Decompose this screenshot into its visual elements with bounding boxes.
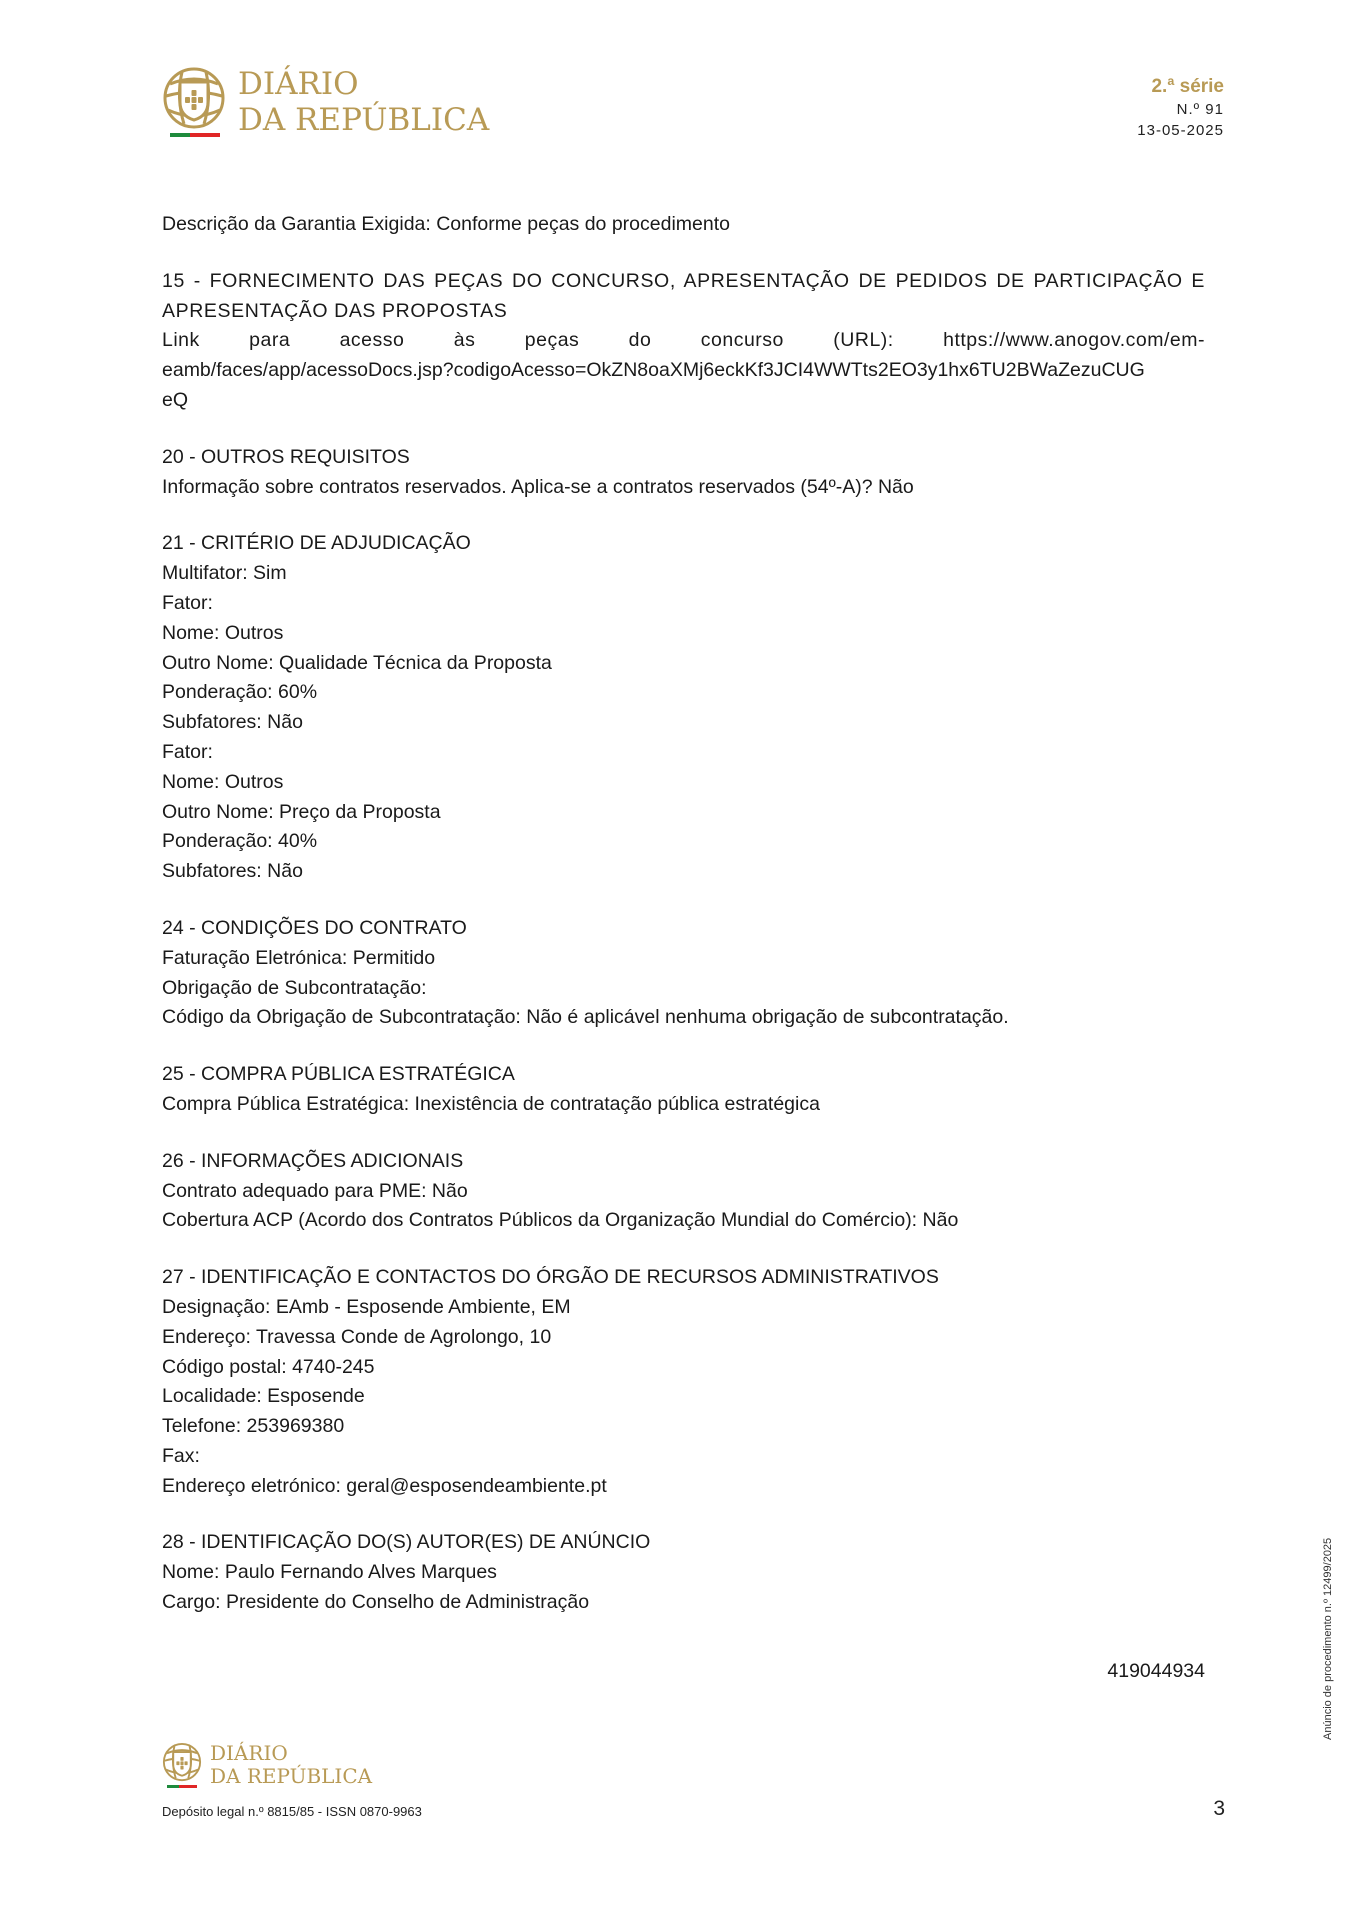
section-line: Cobertura ACP (Acordo dos Contratos Públ… <box>162 1206 1205 1236</box>
guarantee-description: Descrição da Garantia Exigida: Conforme … <box>162 210 1205 240</box>
serie-label: 2.ª série <box>1137 75 1224 99</box>
section-line: Obrigação de Subcontratação: <box>162 974 1205 1004</box>
section-line: Cargo: Presidente do Conselho de Adminis… <box>162 1588 1205 1618</box>
section-title: 26 - INFORMAÇÕES ADICIONAIS <box>162 1147 1205 1177</box>
section-line: Multifator: Sim <box>162 559 1205 589</box>
issue-number: N.º 91 <box>1137 99 1224 120</box>
section-line: Nome: Outros <box>162 619 1205 649</box>
procedure-notice-reference: Anúncio de procedimento n.º 12499/2025 <box>1322 1538 1334 1740</box>
logo-line2: DA REPÚBLICA <box>238 105 489 141</box>
section-title: 27 - IDENTIFICAÇÃO E CONTACTOS DO ÓRGÃO … <box>162 1263 1205 1293</box>
procurement-url-tail[interactable]: eQ <box>162 386 1205 416</box>
section-line: Fator: <box>162 589 1205 619</box>
portugal-flag-bar <box>167 1785 197 1788</box>
logo-wordmark: DIÁRIO DA REPÚBLICA <box>238 69 489 141</box>
diario-republica-logo: DIÁRIO DA REPÚBLICA <box>162 66 489 141</box>
section-26: 26 - INFORMAÇÕES ADICIONAIS Contrato ade… <box>162 1147 1205 1236</box>
armillary-sphere-shield-icon <box>162 1742 202 1782</box>
guarantee-text: Descrição da Garantia Exigida: Conforme … <box>162 210 1205 240</box>
issue-meta: 2.ª série N.º 91 13-05-2025 <box>1137 75 1224 141</box>
section-line: Contrato adequado para PME: Não <box>162 1177 1205 1207</box>
logo-line1: DIÁRIO <box>238 69 489 105</box>
section-line: Informação sobre contratos reservados. A… <box>162 473 1205 503</box>
document-body: Descrição da Garantia Exigida: Conforme … <box>162 210 1205 1645</box>
section-title: 20 - OUTROS REQUISITOS <box>162 443 1205 473</box>
section-line: Código postal: 4740-245 <box>162 1353 1205 1383</box>
section-line: Nome: Paulo Fernando Alves Marques <box>162 1558 1205 1588</box>
section-line: Nome: Outros <box>162 768 1205 798</box>
logo-line1: DIÁRIO <box>210 1743 372 1766</box>
section-27: 27 - IDENTIFICAÇÃO E CONTACTOS DO ÓRGÃO … <box>162 1263 1205 1501</box>
armillary-sphere-shield-icon <box>162 66 226 130</box>
link-label[interactable]: Link para acesso às peças do concurso (U… <box>162 326 1205 356</box>
email-line[interactable]: Endereço eletrónico: geral@esposendeambi… <box>162 1472 1205 1502</box>
document-number: 419044934 <box>1107 1658 1205 1684</box>
section-20: 20 - OUTROS REQUISITOS Informação sobre … <box>162 443 1205 503</box>
section-line: Código da Obrigação de Subcontratação: N… <box>162 1003 1205 1033</box>
section-21: 21 - CRITÉRIO DE ADJUDICAÇÃO Multifator:… <box>162 529 1205 887</box>
procurement-url[interactable]: eamb/faces/app/acessoDocs.jsp?codigoAces… <box>162 356 1205 386</box>
section-title: 21 - CRITÉRIO DE ADJUDICAÇÃO <box>162 529 1205 559</box>
diario-republica-footer-logo: DIÁRIO DA REPÚBLICA <box>162 1742 372 1789</box>
section-24: 24 - CONDIÇÕES DO CONTRATO Faturação Ele… <box>162 914 1205 1033</box>
legal-deposit: Depósito legal n.º 8815/85 - ISSN 0870-9… <box>162 1804 422 1819</box>
section-line: Fator: <box>162 738 1205 768</box>
section-line: Compra Pública Estratégica: Inexistência… <box>162 1090 1205 1120</box>
emblem <box>162 66 226 137</box>
section-line: Designação: EAmb - Esposende Ambiente, E… <box>162 1293 1205 1323</box>
section-line: Subfatores: Não <box>162 708 1205 738</box>
section-line: Ponderação: 60% <box>162 678 1205 708</box>
section-line: Subfatores: Não <box>162 857 1205 887</box>
section-line: Endereço: Travessa Conde de Agrolongo, 1… <box>162 1323 1205 1353</box>
section-28: 28 - IDENTIFICAÇÃO DO(S) AUTOR(ES) DE AN… <box>162 1528 1205 1617</box>
logo-line2: DA REPÚBLICA <box>210 1766 372 1789</box>
section-title: 24 - CONDIÇÕES DO CONTRATO <box>162 914 1205 944</box>
section-25: 25 - COMPRA PÚBLICA ESTRATÉGICA Compra P… <box>162 1060 1205 1120</box>
issue-date: 13-05-2025 <box>1137 120 1224 141</box>
section-line: Outro Nome: Qualidade Técnica da Propost… <box>162 649 1205 679</box>
section-title: 28 - IDENTIFICAÇÃO DO(S) AUTOR(ES) DE AN… <box>162 1528 1205 1558</box>
section-line: Outro Nome: Preço da Proposta <box>162 798 1205 828</box>
section-line: Telefone: 253969380 <box>162 1412 1205 1442</box>
emblem <box>162 1742 202 1788</box>
section-line: Faturação Eletrónica: Permitido <box>162 944 1205 974</box>
portugal-flag-bar <box>170 133 220 137</box>
logo-wordmark: DIÁRIO DA REPÚBLICA <box>210 1743 372 1789</box>
section-line: Ponderação: 40% <box>162 827 1205 857</box>
section-title: 25 - COMPRA PÚBLICA ESTRATÉGICA <box>162 1060 1205 1090</box>
section-line: Fax: <box>162 1442 1205 1472</box>
section-line: Localidade: Esposende <box>162 1382 1205 1412</box>
section-15: 15 - FORNECIMENTO DAS PEÇAS DO CONCURSO,… <box>162 267 1205 416</box>
page-number: 3 <box>1213 1797 1225 1821</box>
section-title: 15 - FORNECIMENTO DAS PEÇAS DO CONCURSO,… <box>162 267 1205 327</box>
